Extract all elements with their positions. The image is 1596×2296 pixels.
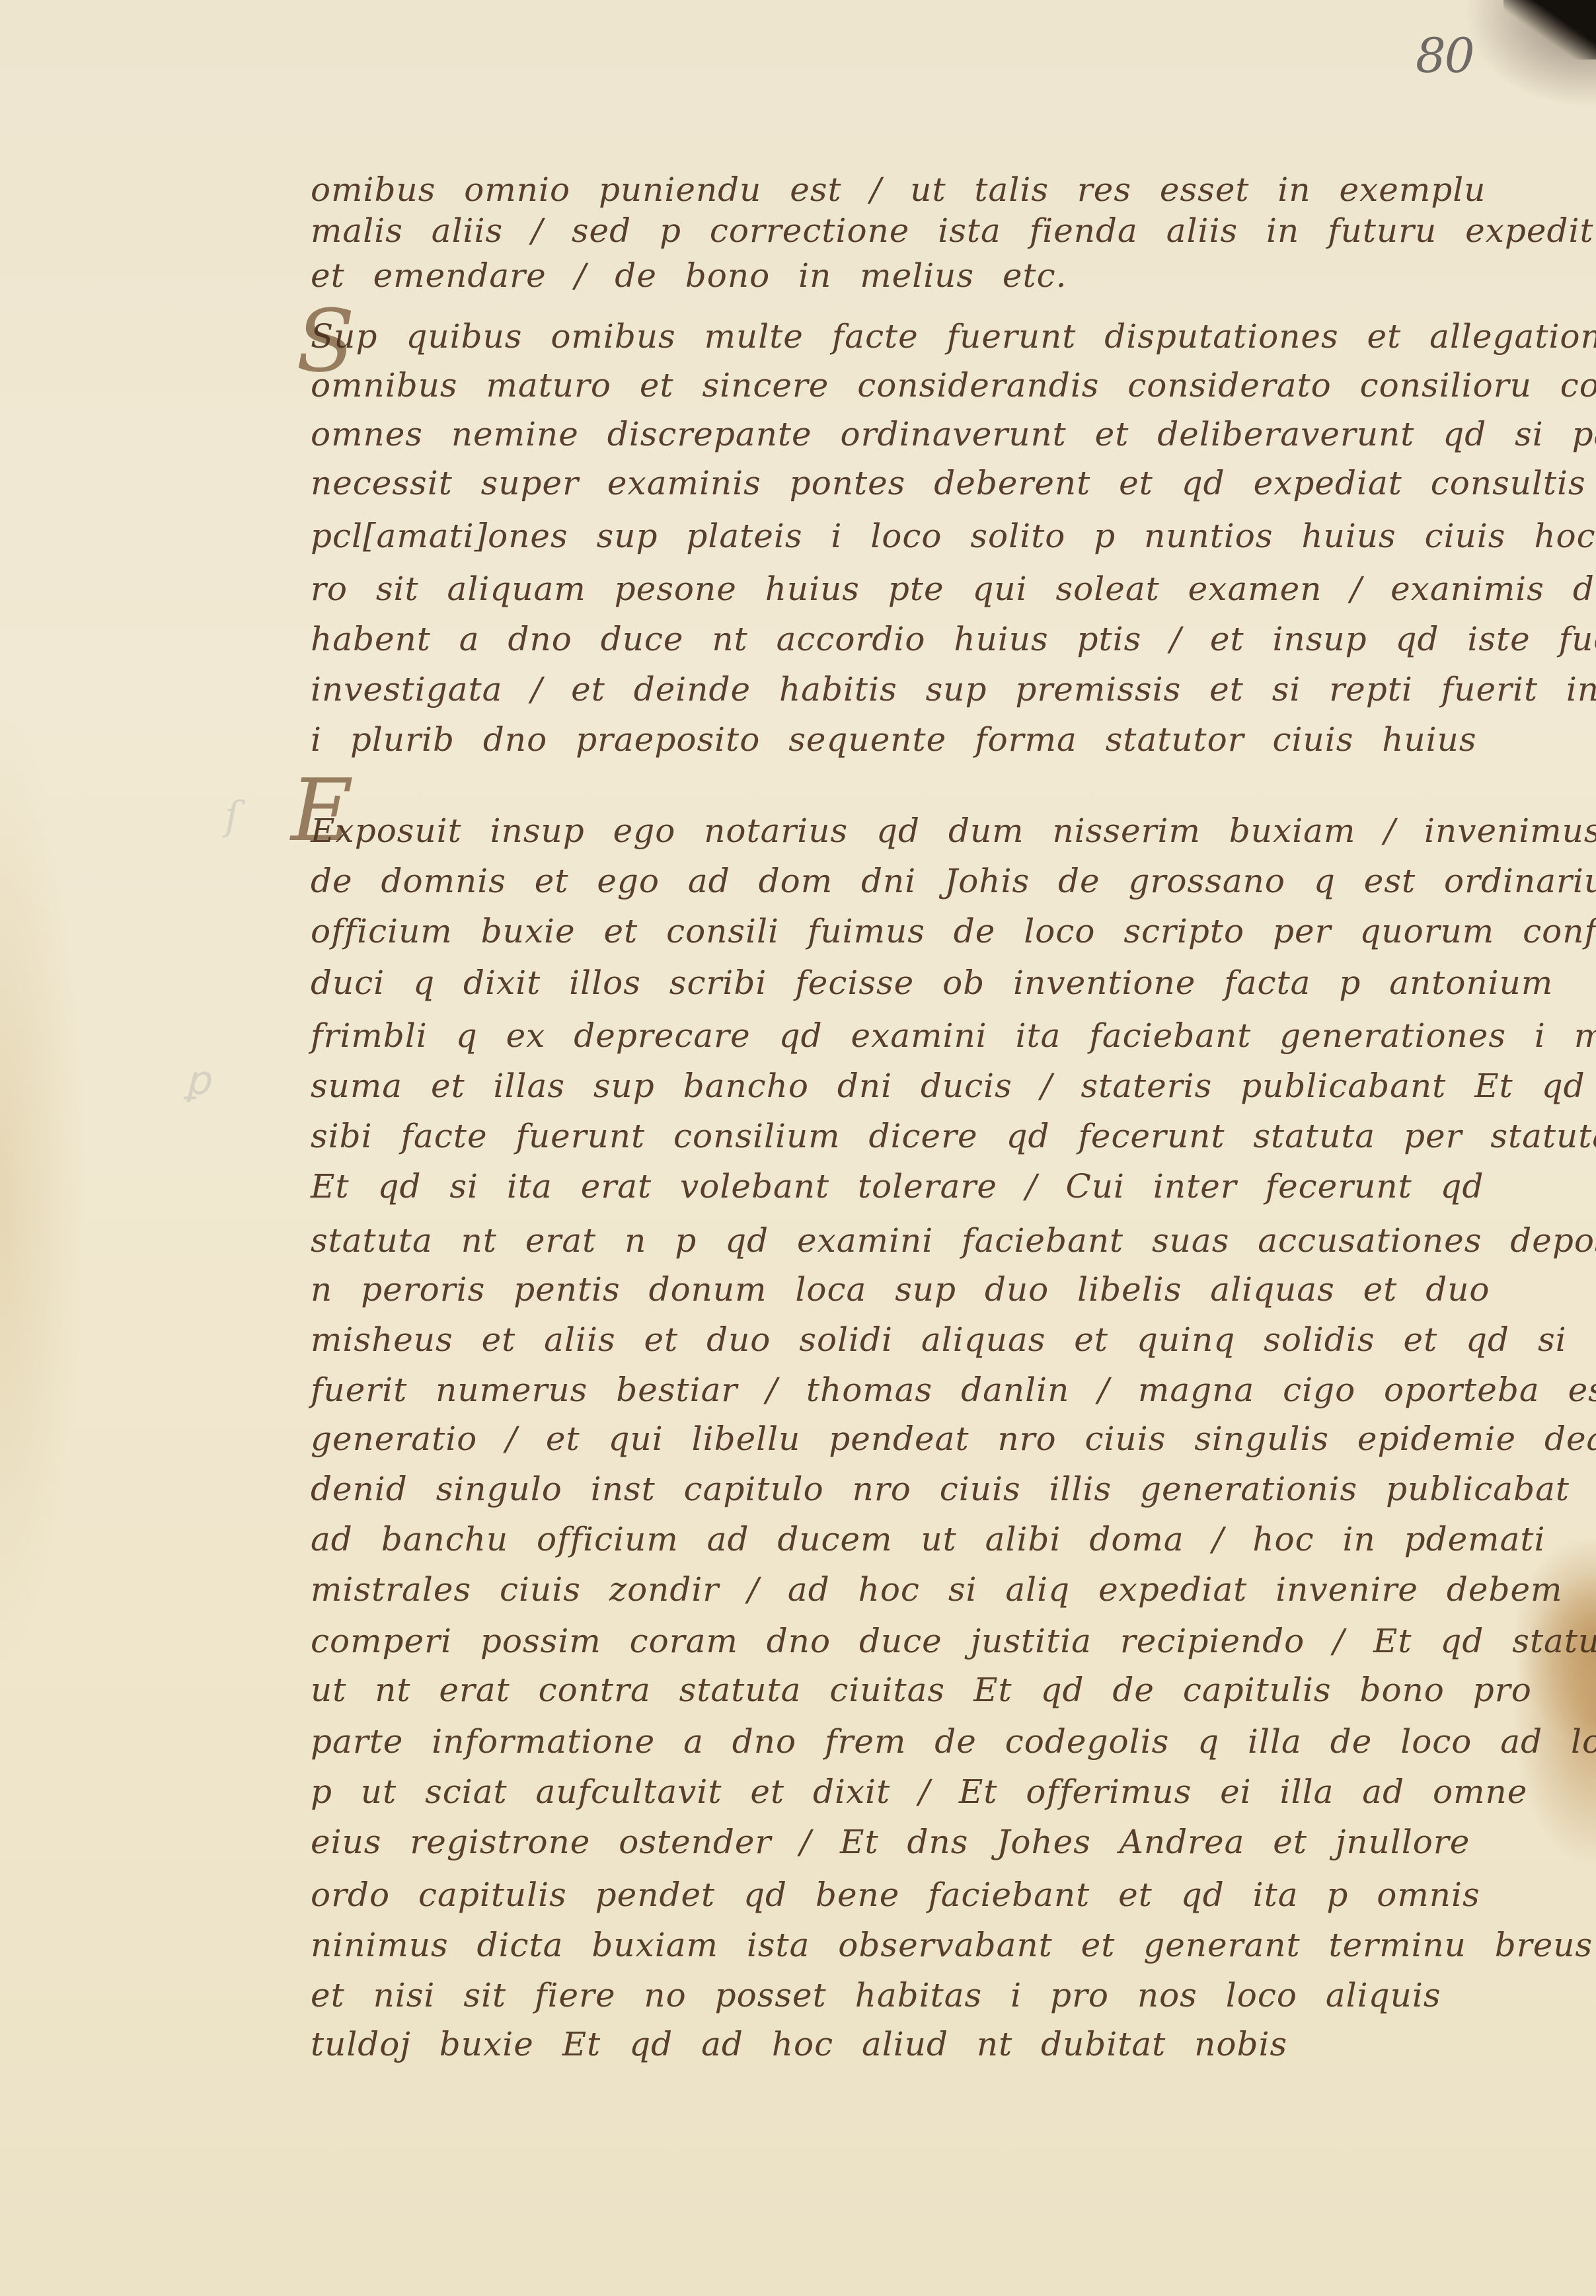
text-line: fuerit numerus bestiar / thomas danlin /… [311,1371,1596,1409]
text-line: officium buxie et consili fuimus de loco… [311,912,1596,950]
text-line: suma et illas sup bancho dni ducis / sta… [311,1067,1585,1105]
text-line: ninimus dicta buxiam ista observabant et… [311,1926,1593,1964]
text-line: p ut sciat aufcultavit et dixit / Et off… [311,1773,1527,1811]
bleed-through-mark: ꝑ [185,1057,210,1104]
text-line: tuldoj buxie Et qd ad hoc aliud nt dubit… [311,2025,1287,2063]
text-line: pcl[amati]ones sup plateis i loco solito… [311,517,1596,555]
text-line: frimbli q ex deprecare qd examini ita fa… [311,1016,1596,1055]
text-line: ro sit aliquam pesone huius pte qui sole… [311,570,1596,608]
bleed-through-mark: ſ [225,793,239,839]
text-line: statuta nt erat n p qd examini faciebant… [311,1221,1596,1260]
page-corner-shadow [1503,0,1596,59]
text-line: et nisi sit fiere no posset habitas i pr… [311,1976,1441,2014]
text-line: omnes nemine discrepante ordinaverunt et… [311,415,1596,453]
text-line: necessit super examinis pontes deberent … [311,464,1596,502]
text-line: ordo capitulis pendet qd bene faciebant … [311,1876,1480,1914]
text-line: duci q dixit illos scribi fecisse ob inv… [311,964,1553,1002]
text-line: investigata / et deinde habitis sup prem… [311,670,1596,708]
text-line: habent a dno duce nt accordio huius ptis… [311,620,1596,658]
text-line: denid singulo inst capitulo nro ciuis il… [311,1470,1570,1508]
text-line: mistrales ciuis zondir / ad hoc si aliq … [311,1570,1562,1609]
text-line: sibi facte fuerunt consilium dicere qd f… [311,1117,1596,1155]
text-line: generatio / et qui libellu pendeat nro c… [311,1420,1596,1458]
text-line: i plurib dno praeposito sequente forma s… [311,720,1477,759]
text-line: omnibus maturo et sincere considerandis … [311,366,1596,404]
folio-number: 80 [1416,28,1474,83]
text-line: Exposuit insup ego notarius qd dum nisse… [311,812,1596,850]
text-line: Sup quibus omibus multe facte fuerunt di… [311,317,1596,356]
text-line: comperi possim coram dno duce justitia r… [311,1622,1596,1660]
text-line: parte informatione a dno frem de codegol… [311,1722,1596,1761]
text-line: et emendare / de bono in melius etc. [311,256,1067,295]
text-line: misheus et aliis et duo solidi aliquas e… [311,1320,1596,1359]
text-line: ut nt erat contra statuta ciuitas Et qd … [311,1671,1532,1709]
text-line: omibus omnio puniendu est / ut talis res… [311,171,1486,209]
text-line: ad banchu officium ad ducem ut alibi dom… [311,1520,1546,1558]
manuscript-page: 80 ſ ꝑ S E omibus omnio puniendu est / u… [0,0,1596,2296]
text-line: de domnis et ego ad dom dni Johis de gro… [311,862,1596,900]
text-line: eius registrone ostender / Et dns Johes … [311,1823,1470,1861]
text-line: malis aliis / sed p correctione ista fie… [311,211,1596,250]
text-line: Et qd si ita erat volebant tolerare / Cu… [311,1167,1484,1205]
text-line: n peroris pentis donum loca sup duo libe… [311,1270,1490,1309]
